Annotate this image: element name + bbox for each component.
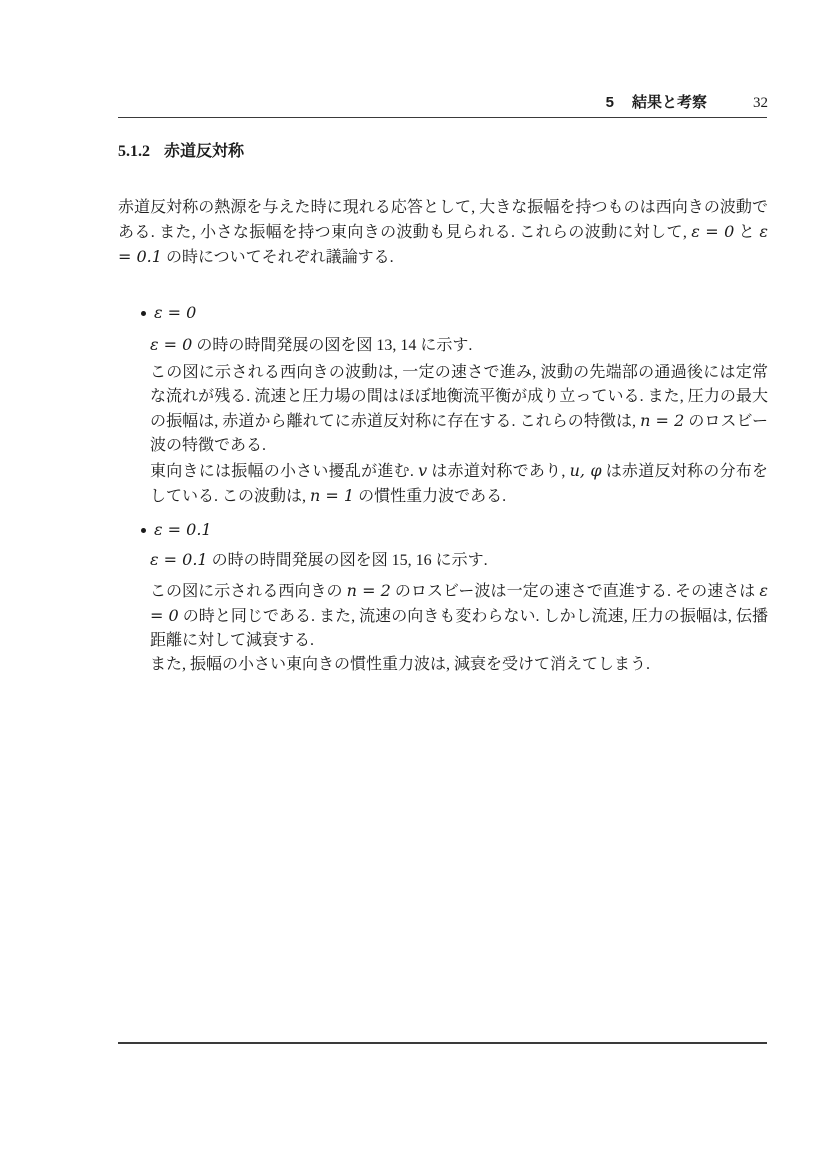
item-paragraph: また, 振幅の小さい東向きの慣性重力波は, 減衰を受けて消えてしまう. <box>150 653 768 677</box>
running-head-section-number: 5 <box>606 94 614 111</box>
list-item-label: ε = 0 <box>154 301 196 326</box>
item-paragraph: この図に示される西向きの n = 2 のロスビー波は一定の速さで直進する. その… <box>150 579 768 653</box>
list-item-label: ε = 0.1 <box>154 518 212 543</box>
page-number: 32 <box>753 95 768 111</box>
section-heading: 5.1.2赤道反対称 <box>118 142 244 162</box>
running-head: 5結果と考察32 <box>118 94 768 112</box>
footer-rule <box>118 1042 767 1044</box>
intro-paragraph: 赤道反対称の熱源を与えた時に現れる応答として, 大きな振幅を持つものは西向きの波… <box>118 196 768 270</box>
section-heading-title: 赤道反対称 <box>164 143 244 160</box>
bullet-icon <box>141 311 146 316</box>
section-heading-number: 5.1.2 <box>118 143 150 160</box>
document-page: 5結果と考察32 5.1.2赤道反対称 赤道反対称の熱源を与えた時に現れる応答と… <box>0 0 826 1169</box>
header-rule <box>118 117 767 118</box>
bullet-icon <box>141 528 146 533</box>
item-paragraph: ε = 0.1 の時の時間発展の図を図 15, 16 に示す. <box>150 548 768 573</box>
running-head-section-title: 結果と考察 <box>632 94 707 111</box>
item-paragraph: この図に示される西向きの波動は, 一定の速さで進み, 波動の先端部の通過後には定… <box>150 361 768 458</box>
item-paragraph: 東向きには振幅の小さい擾乱が進む. v は赤道対称であり, u, φ は赤道反対… <box>150 459 768 509</box>
item-paragraph: ε = 0 の時の時間発展の図を図 13, 14 に示す. <box>150 333 768 358</box>
